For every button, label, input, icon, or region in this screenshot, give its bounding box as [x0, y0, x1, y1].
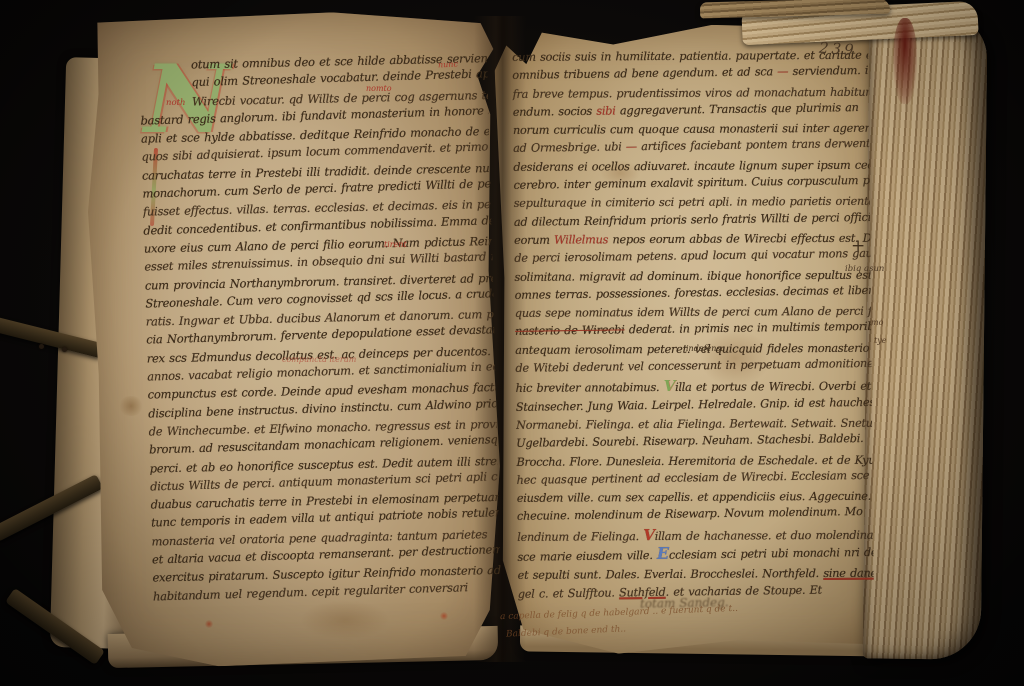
manuscript-line: omnibus tribuens ad bene agendum. et ad … — [512, 62, 868, 85]
red-gloss-tirent: tirent — [384, 240, 407, 249]
manuscript-line: checuine. molendinum de Risewarp. Novum … — [517, 503, 873, 526]
fore-edge-text-glimpse: mo — [871, 318, 883, 327]
manuscript-line: cerebro. inter geminum exalavit spiritum… — [513, 172, 869, 195]
manuscript-line: nasterio de Wirecbi dederat. in primis n… — [515, 318, 871, 341]
sewing-hole — [62, 347, 67, 352]
red-gloss-noth: noth — [166, 98, 185, 108]
manuscript-line: omnes terras. possessiones. forestas. ec… — [515, 282, 871, 305]
faint-red-gloss: compuncta iterum — [282, 355, 356, 364]
margin-note: ibiq asun — [845, 264, 884, 274]
red-edge-stain — [893, 18, 917, 104]
interlinear-gloss: indefensa — [686, 344, 725, 353]
fore-edge-text-glimpse: tye — [874, 336, 886, 345]
margin-cross-mark: + — [851, 236, 865, 256]
red-gloss-nunc: nunc — [438, 59, 458, 69]
folio-number: 239 — [818, 39, 857, 60]
manuscript-line: Ugelbardebi. Sourebi. Risewarp. Neuham. … — [516, 430, 872, 453]
sewing-hole — [39, 344, 44, 349]
red-gloss-nomento: nomto — [366, 84, 392, 93]
manuscript-line: endum. socios sibi aggregaverunt. Transa… — [513, 99, 869, 122]
manuscript-line: de perci ierosolimam petens. apud locum … — [514, 245, 870, 268]
left-page-text: otum sit omnibus deo et sce hilde abbati… — [139, 48, 501, 606]
right-page-text: cum sociis suis in humilitate. patientia… — [512, 45, 874, 604]
manuscript-line: ad Ormesbrige. ubi — artifices faciebant… — [513, 135, 869, 158]
manuscript-line: sce marie eiusdem ville. Ecclesiam sci p… — [517, 542, 873, 567]
manuscript-line: de Witebi dederunt vel concesserunt in p… — [515, 355, 871, 378]
manuscript-line: hec quasque pertinent ad ecclesiam de Wi… — [517, 467, 873, 490]
manuscript-photo: N otum sit omnibus deo et sce hilde abba… — [0, 0, 1024, 686]
